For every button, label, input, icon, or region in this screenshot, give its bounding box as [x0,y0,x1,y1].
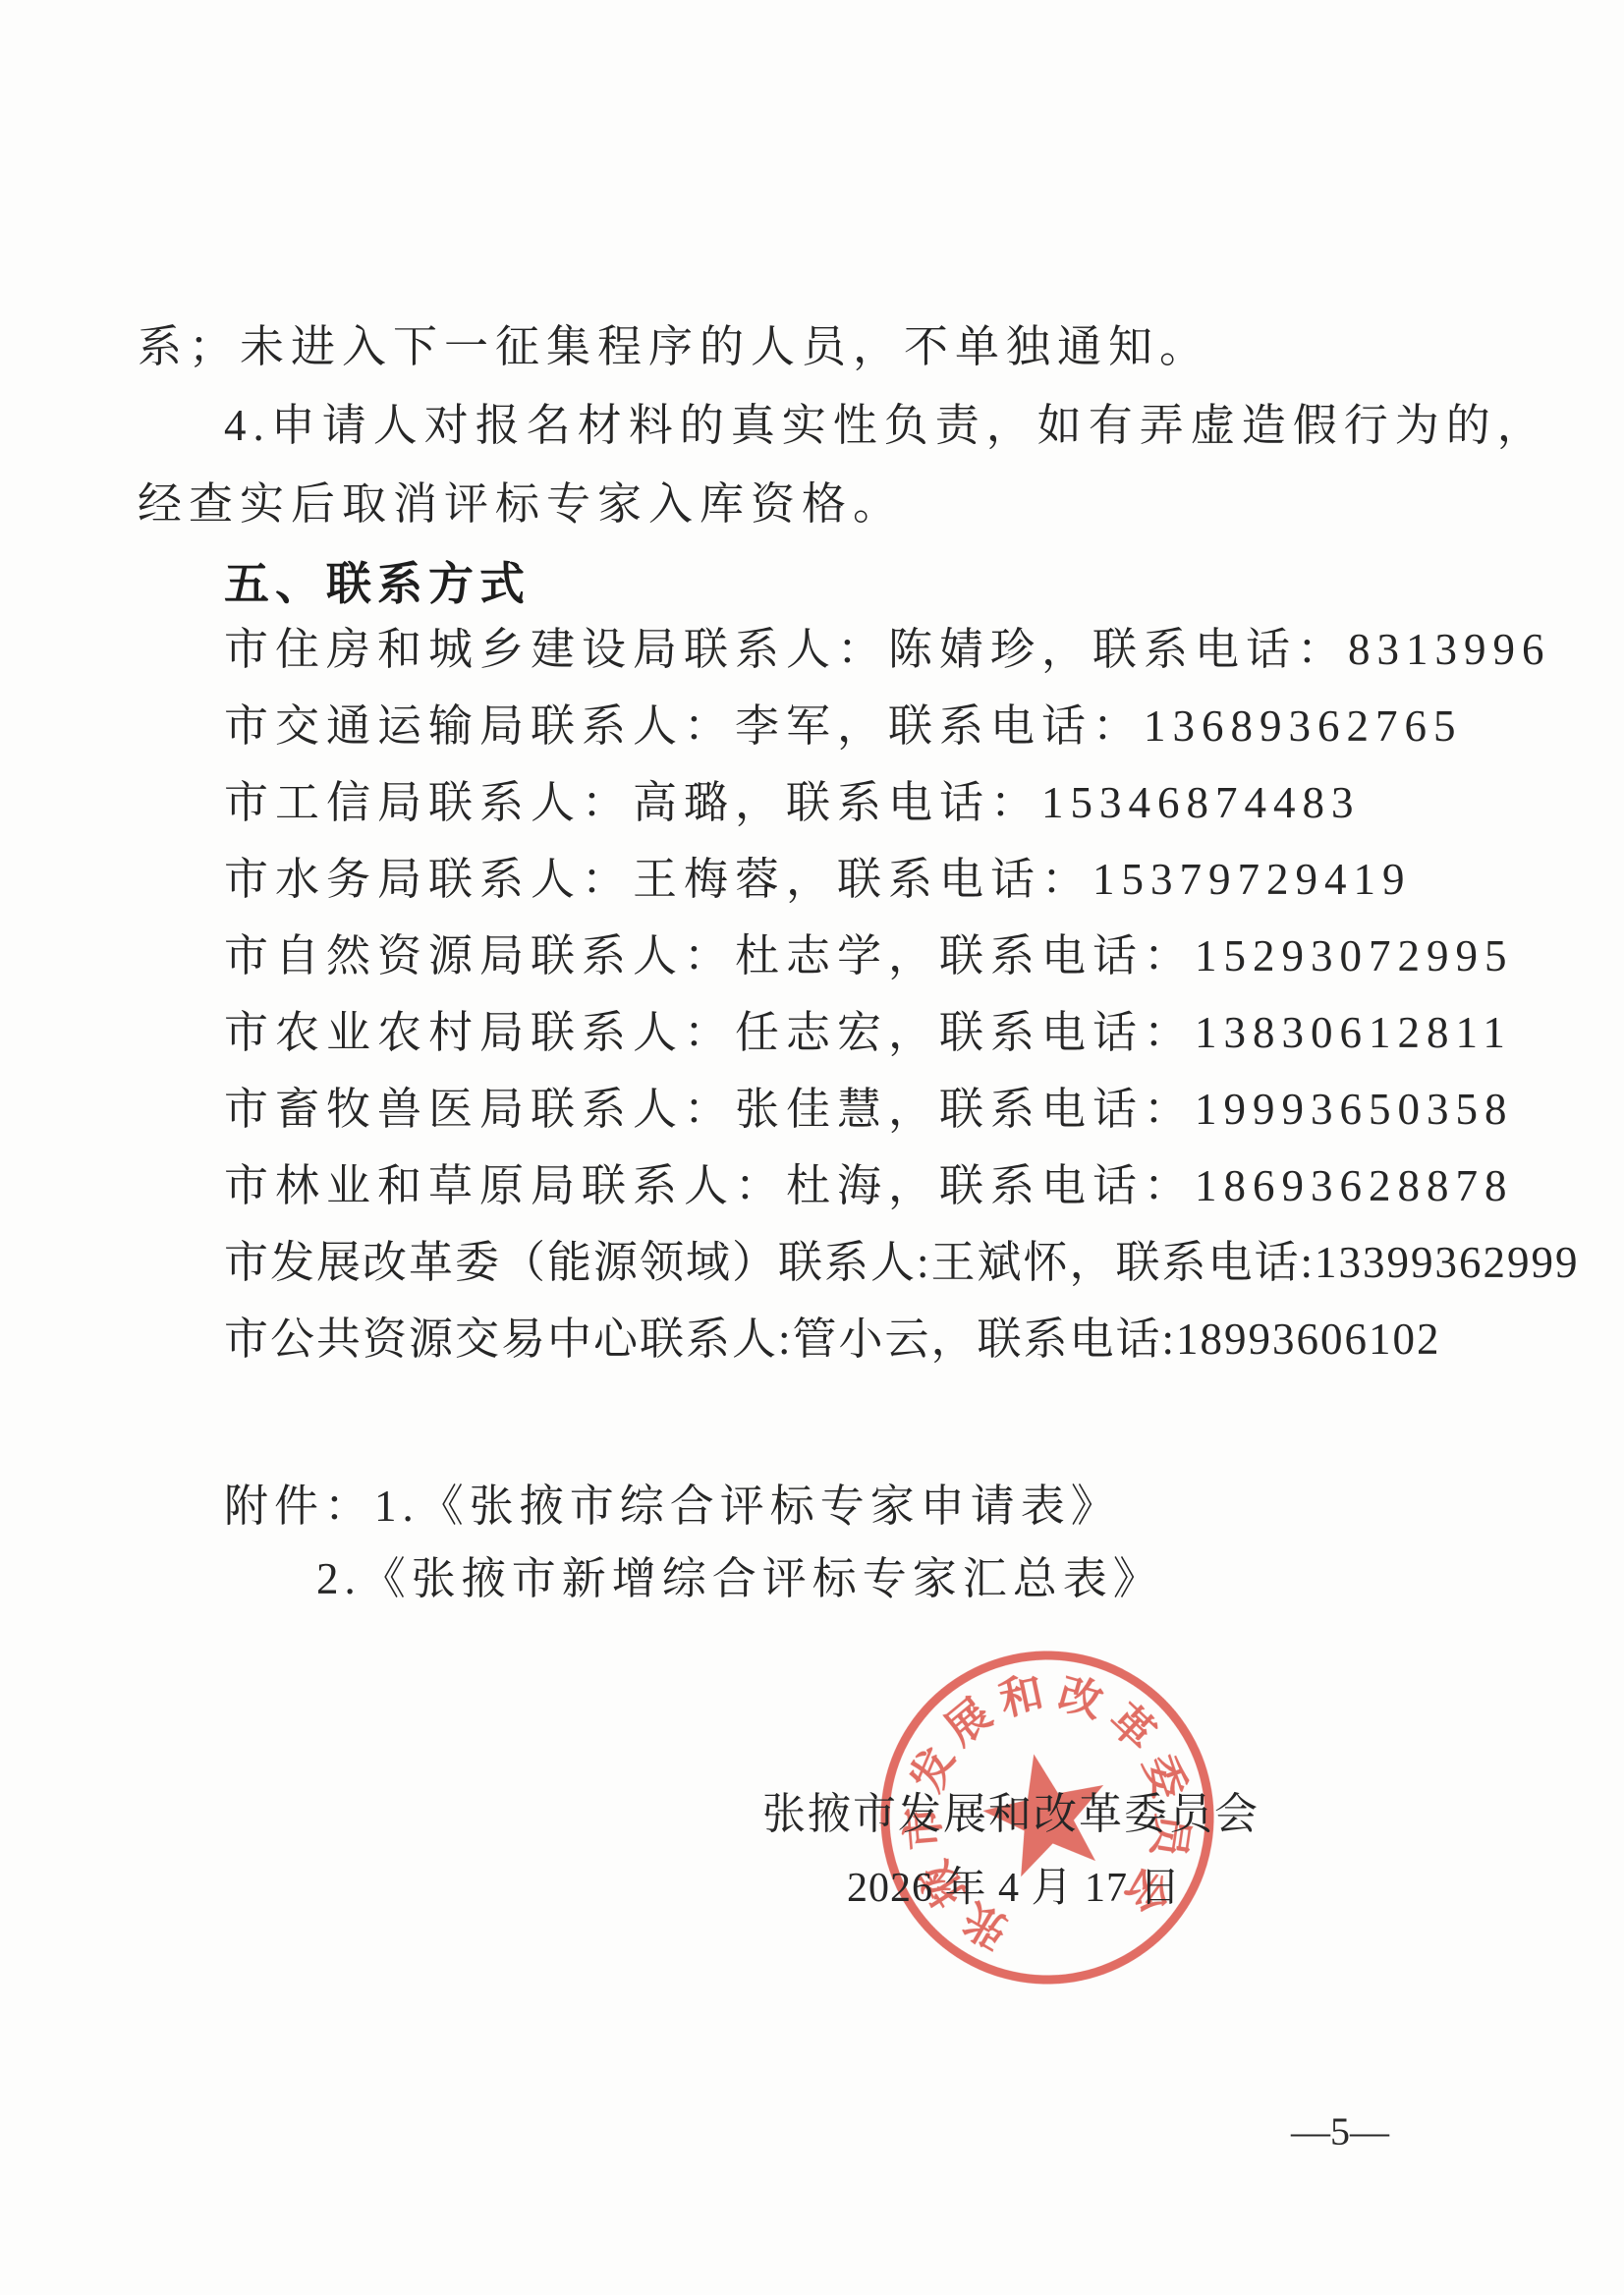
attachment-label: 附件： [224,1482,374,1531]
contact-line: 市农业农村局联系人：任志宏，联系电话：13830612811 [224,994,1580,1071]
contact-line: 市自然资源局联系人：杜志学，联系电话：15293072995 [224,918,1580,994]
contact-line: 市公共资源交易中心联系人:管小云，联系电话:18993606102 [224,1301,1580,1377]
contact-line: 市畜牧兽医局联系人：张佳慧，联系电话：19993650358 [224,1071,1580,1147]
contact-line: 市交通运输局联系人：李军，联系电话：13689362765 [224,688,1580,764]
attachment-item-1: 1.《张掖市综合评标专家申请表》 [374,1482,1121,1531]
contact-line: 市住房和城乡建设局联系人：陈婧珍，联系电话：8313996 [224,611,1580,688]
svg-text:展: 展 [936,1690,1000,1755]
signature-date: 2026 年 4 月 17 日 [847,1855,1182,1914]
svg-text:革: 革 [1099,1695,1164,1760]
section-heading-contact-info: 五、联系方式 [224,548,531,613]
contact-line: 市林业和草原局联系人：杜海，联系电话：18693628878 [224,1147,1580,1224]
contact-list: 市住房和城乡建设局联系人：陈婧珍，联系电话：8313996市交通运输局联系人：李… [224,611,1580,1377]
page-number: —5— [1291,2108,1389,2155]
paragraph-item-4-continuation: 经查实后取消评标专家入库资格。 [138,479,904,531]
signature-organization: 张掖市发展和改革委员会 [762,1778,1260,1841]
contact-line: 市工信局联系人：高璐，联系电话：15346874483 [224,764,1580,841]
document-page: 系；未进入下一征集程序的人员，不单独通知。 4.申请人对报名材料的真实性负责，如… [0,0,1624,2295]
svg-text:和: 和 [995,1668,1047,1724]
paragraph-continuation: 系；未进入下一征集程序的人员，不单独通知。 [138,322,1210,373]
attachment-line-1: 附件：1.《张掖市综合评标专家申请表》 [224,1470,1121,1534]
contact-line: 市水务局联系人：王梅蓉，联系电话：15379729419 [224,841,1580,918]
attachment-item-2: 2.《张掖市新增综合评标专家汇总表》 [316,1554,1163,1603]
paragraph-item-4: 4.申请人对报名材料的真实性负责，如有弄虚造假行为的， [224,401,1548,452]
contact-line: 市发展改革委（能源领域）联系人:王斌怀，联系电话:13399362999 [224,1224,1580,1301]
svg-text:改: 改 [1053,1669,1108,1727]
attachment-line-2: 2.《张掖市新增综合评标专家汇总表》 [316,1542,1163,1606]
